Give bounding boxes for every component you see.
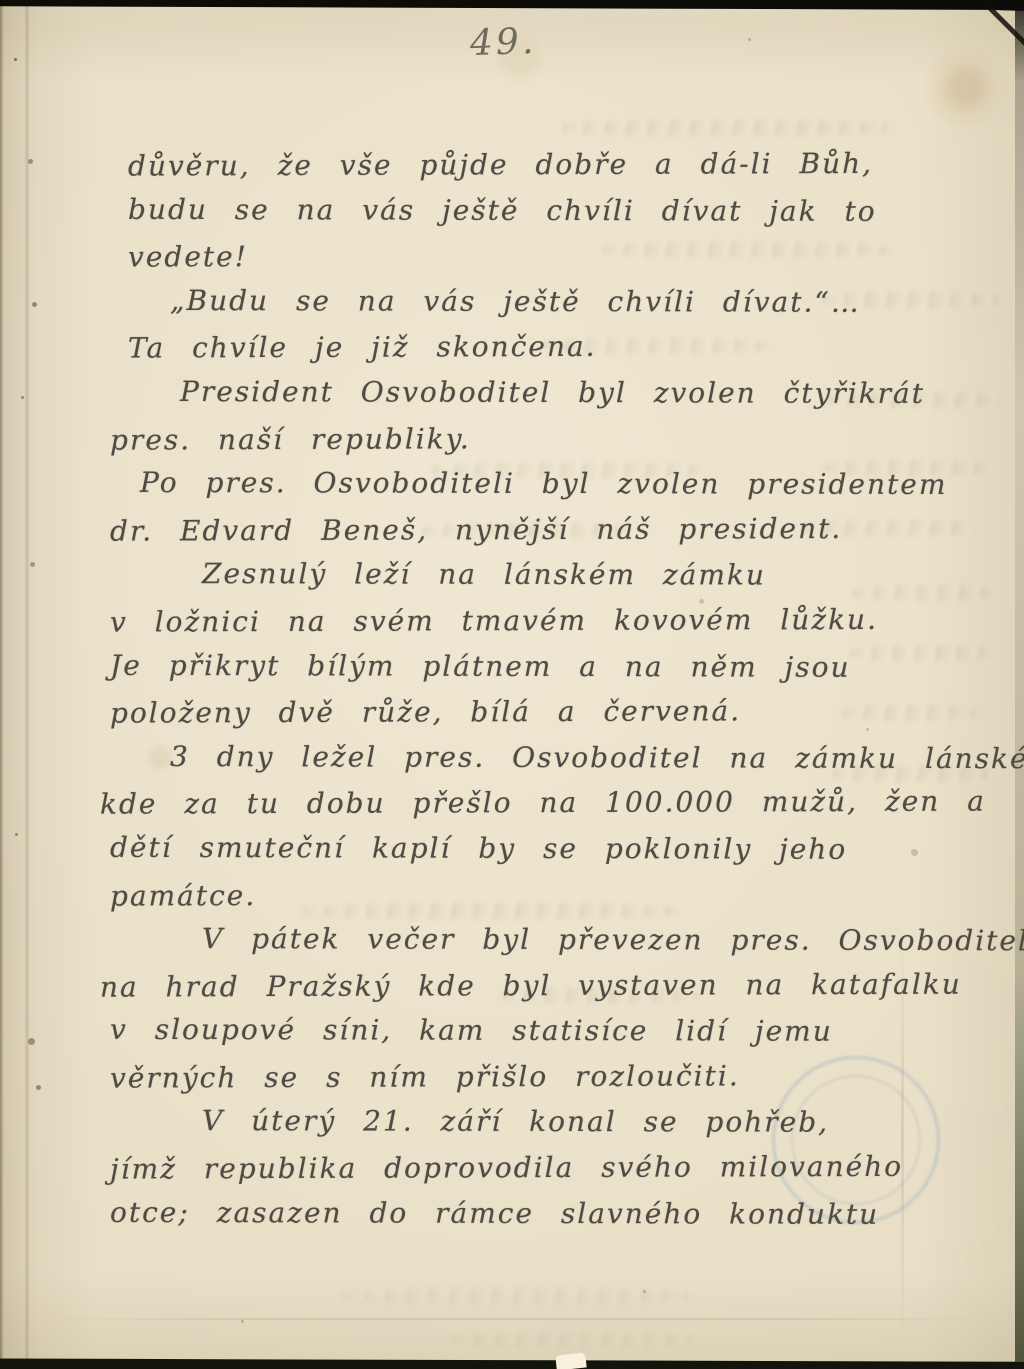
bleed-through-mark xyxy=(340,1288,690,1304)
manuscript-line-15: kde za tu dobu přešlo na 100.000 mužů, ž… xyxy=(100,785,1020,834)
manuscript-line-4: „Budu se na vás ještě chvíli dívat.“… xyxy=(100,284,1020,332)
manuscript-line-11: v ložnici na svém tmavém kovovém lůžku. xyxy=(100,602,1020,651)
manuscript-line-8: Po pres. Osvoboditeli byl zvolen preside… xyxy=(100,466,1020,514)
manuscript-line-17: památce. xyxy=(100,876,1020,925)
binding-crease xyxy=(25,0,29,1369)
manuscript-line-1: důvěru, že vše půjde dobře a dá-li Bůh, xyxy=(100,146,1020,195)
manuscript-line-12: Je přikryt bílým plátnem a na něm jsou xyxy=(100,648,1020,696)
scanned-manuscript-page: 49. důvěru, že vše půjde dobře a dá-li B… xyxy=(0,0,1024,1369)
manuscript-line-10: Zesnulý leží na lánském zámku xyxy=(100,557,1020,605)
manuscript-line-2: budu se na vás ještě chvíli dívat jak to xyxy=(100,192,1020,240)
manuscript-line-14: 3 dny ležel pres. Osvoboditel na zámku l… xyxy=(100,740,1020,788)
manuscript-line-24: otce; zasazen do rámce slavného konduktu xyxy=(100,1195,1020,1243)
manuscript-line-23: jímž republika doprovodila svého milovan… xyxy=(100,1149,1020,1198)
bleed-through-mark xyxy=(560,120,890,136)
manuscript-line-6: President Osvoboditel byl zvolen čtyřikr… xyxy=(100,375,1020,423)
paper-crease-bottom xyxy=(60,1318,980,1320)
manuscript-line-16: dětí smuteční kaplí by se poklonily jeho xyxy=(100,831,1020,879)
manuscript-line-13: položeny dvě růže, bílá a červená. xyxy=(100,694,1020,743)
page-number: 49. xyxy=(469,21,537,64)
manuscript-line-9: dr. Edvard Beneš, nynější náš president. xyxy=(100,511,1020,560)
scan-edge-right xyxy=(1015,0,1024,1369)
manuscript-line-21: věrných se s ním přišlo rozloučiti. xyxy=(100,1058,1020,1107)
manuscript-line-18: V pátek večer byl převezen pres. Osvobod… xyxy=(100,922,1020,970)
manuscript-text-block: důvěru, že vše půjde dobře a dá-li Bůh, … xyxy=(100,148,1020,1242)
scan-edge-left xyxy=(0,0,4,1369)
paper-tab xyxy=(555,1352,586,1369)
page-corner-fold xyxy=(964,6,1024,56)
bleed-through-mark xyxy=(450,1332,700,1348)
scan-edge-bottom xyxy=(0,1354,1024,1369)
manuscript-line-5: Ta chvíle je již skončena. xyxy=(100,329,1020,378)
manuscript-line-19: na hrad Pražský kde byl vystaven na kata… xyxy=(100,967,1020,1016)
manuscript-line-3: vedete! xyxy=(100,238,1020,287)
manuscript-line-20: v sloupové síni, kam statisíce lidí jemu xyxy=(100,1013,1020,1061)
manuscript-line-7: pres. naší republiky. xyxy=(100,420,1020,469)
manuscript-line-22: V úterý 21. září konal se pohřeb, xyxy=(100,1104,1020,1152)
